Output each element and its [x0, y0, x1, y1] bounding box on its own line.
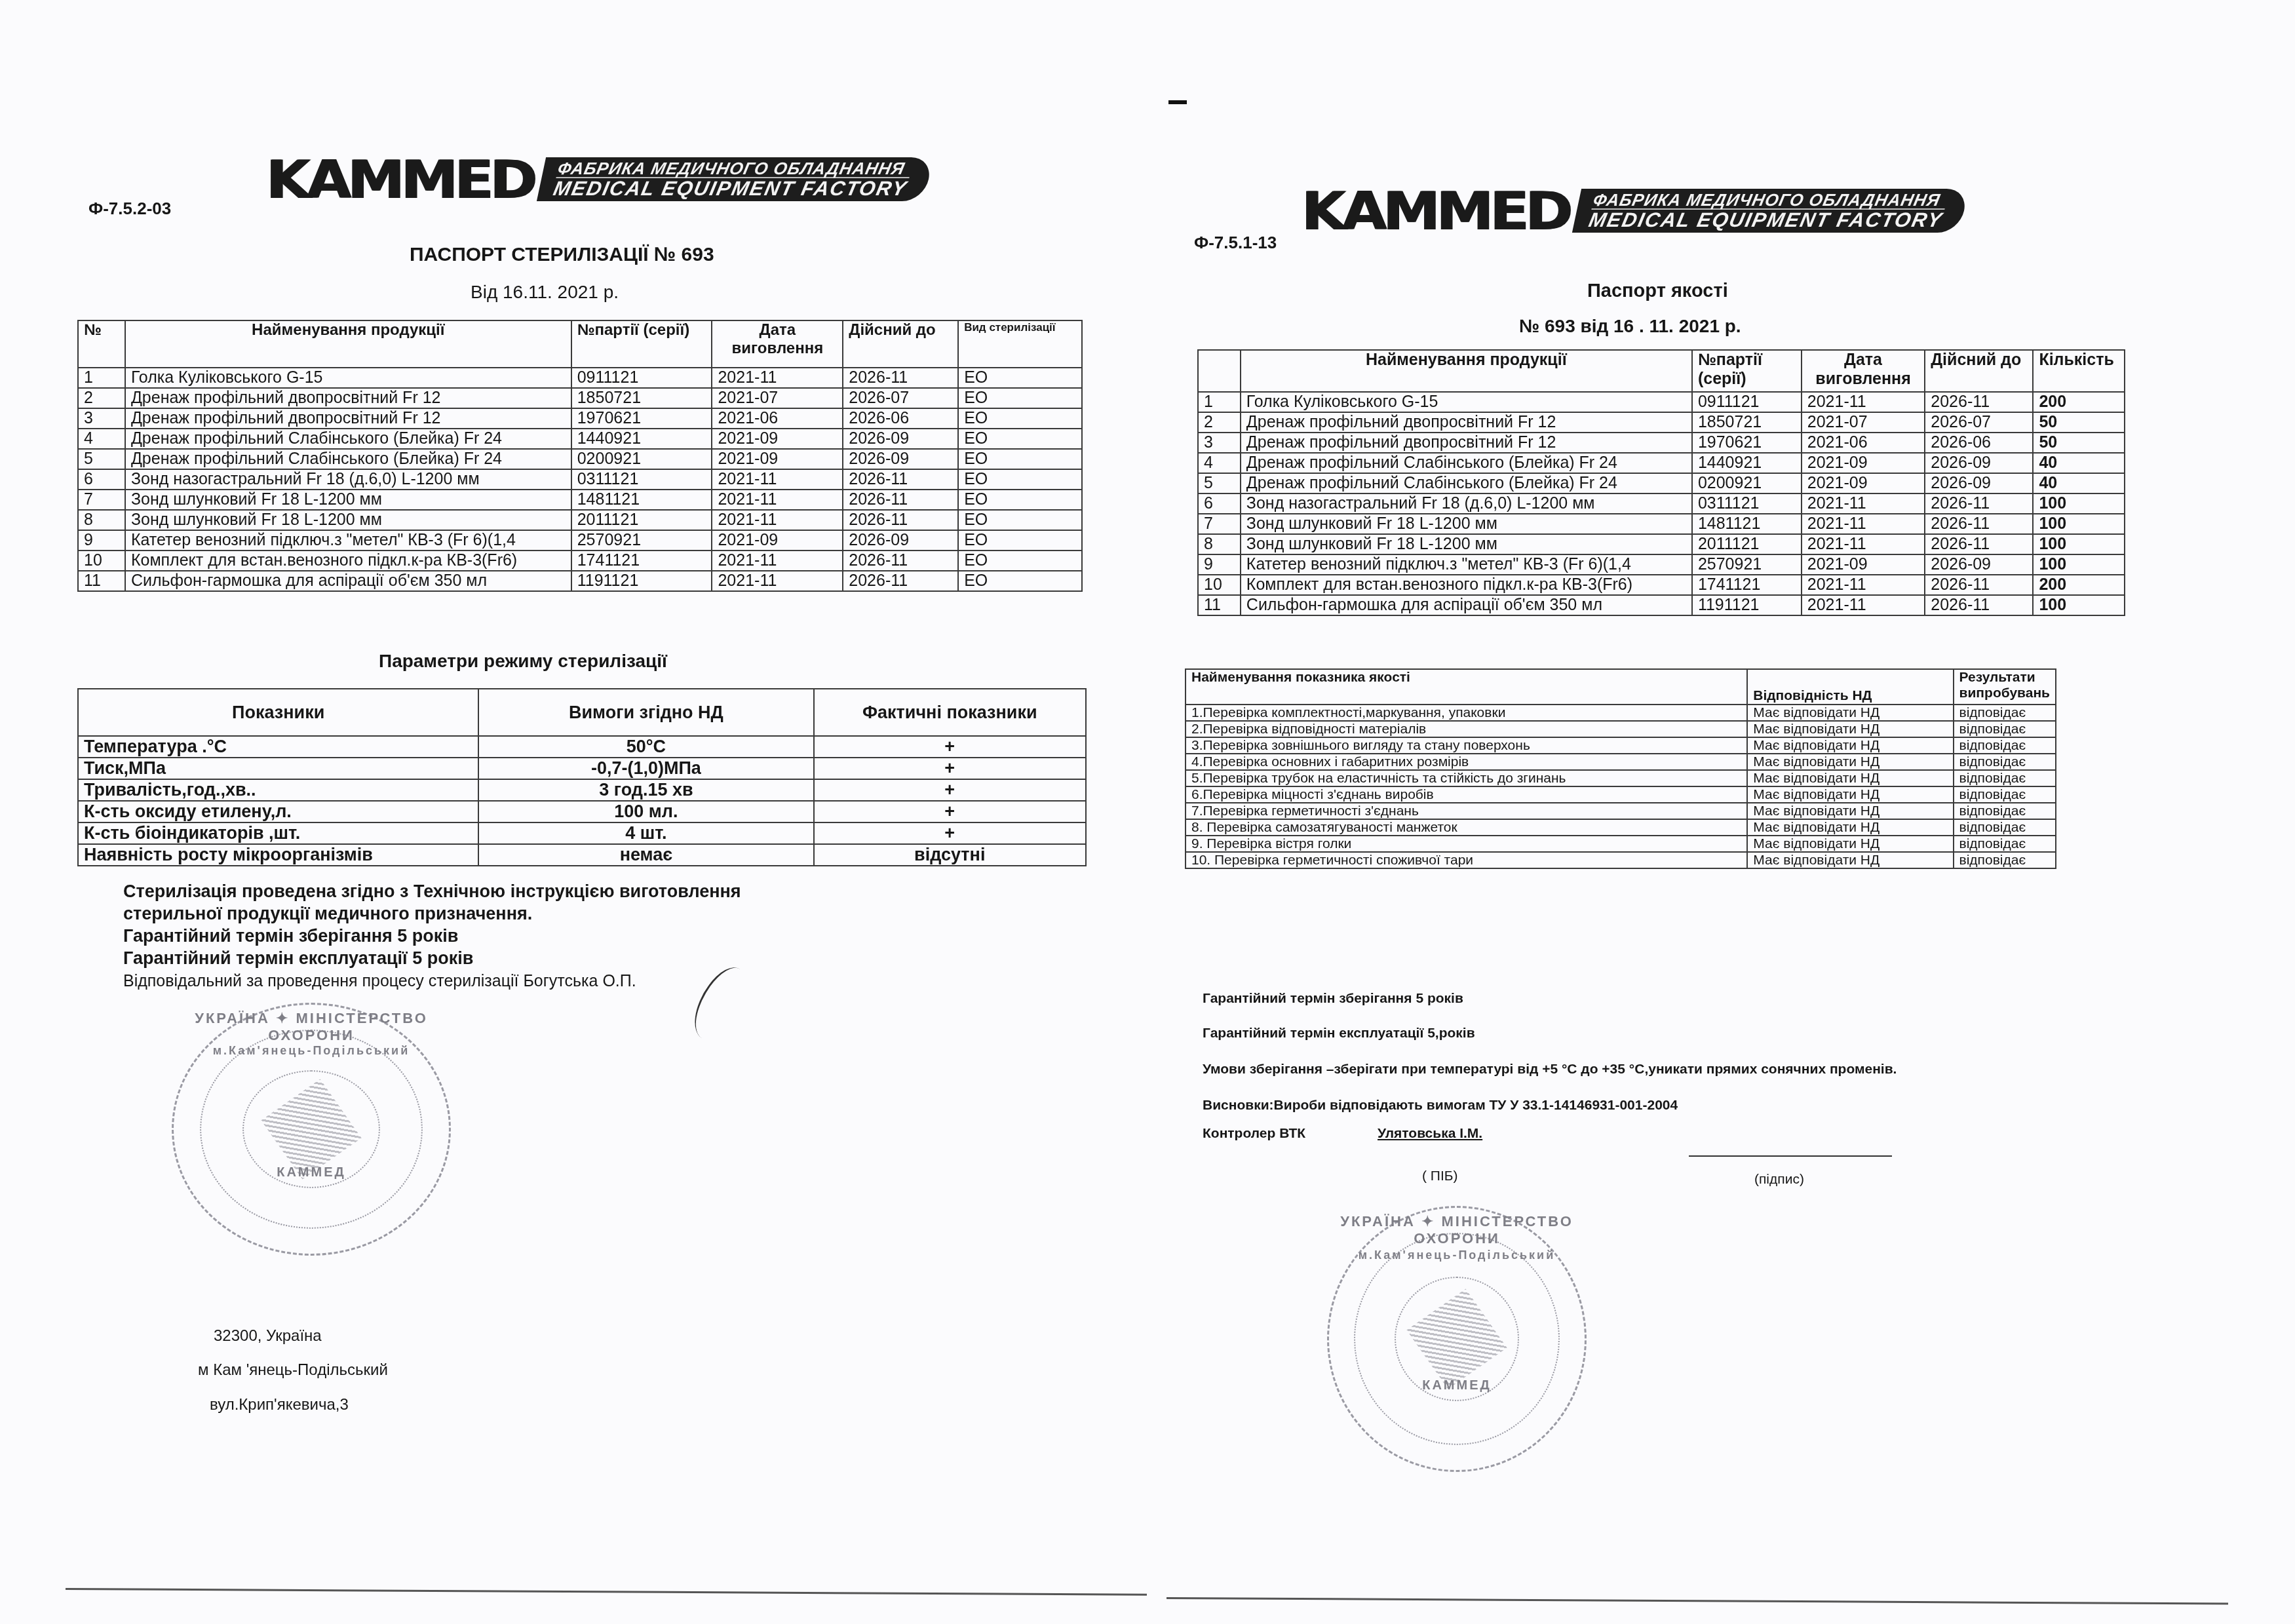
valid-until: 2026-11 [843, 490, 958, 510]
indicator-name: 9. Перевірка вістря голки [1186, 836, 1747, 852]
stamp-code: КАММЕД [174, 1165, 449, 1180]
row-number: 6 [1198, 493, 1241, 514]
stamp-outer-text: УКРАЇНА ✦ МІНІСТЕРСТВО ОХОРОНИ [174, 1010, 449, 1044]
batch-number: 0200921 [571, 449, 712, 469]
product-name: Зонд шлунковий Fr 18 L-1200 мм [125, 510, 571, 530]
sterilization-params-table: Показники Вимоги згідно НД Фактичні пока… [77, 688, 1087, 866]
row-number: 11 [78, 571, 125, 591]
table-header-row: Показники Вимоги згідно НД Фактичні пока… [78, 689, 1086, 736]
table-row: Тиск,МПа-0,7-(1,0)МПа+ [78, 758, 1086, 779]
requirement-value: 4 шт. [478, 822, 813, 844]
table-header-row: № Найменування продукції №партії (серії)… [78, 320, 1082, 368]
batch-number: 0311121 [1692, 493, 1802, 514]
product-name: Зонд назогастральний Fr 18 (д.6,0) L-120… [125, 469, 571, 490]
valid-until: 2026-06 [1925, 433, 2033, 453]
stamp-outer-text: УКРАЇНА ✦ МІНІСТЕРСТВО ОХОРОНИ [1329, 1213, 1585, 1247]
table-row: 5Дренаж профільний Слабінського (Блейка)… [1198, 473, 2125, 493]
table-row: 7Зонд шлунковий Fr 18 L-1200 мм148112120… [1198, 514, 2125, 534]
test-result: відповідає [1954, 754, 2056, 770]
signature-caption: (підпис) [1754, 1172, 1804, 1188]
valid-until: 2026-09 [843, 530, 958, 551]
stamp-code: КАММЕД [1329, 1378, 1585, 1393]
table-row: 3Дренаж профільний двопросвітний Fr 1219… [1198, 433, 2125, 453]
table-row: 10Комплект для встан.венозного підкл.к-р… [78, 551, 1082, 571]
quantity: 100 [2033, 514, 2125, 534]
row-number: 4 [78, 429, 125, 449]
requirement-value: -0,7-(1,0)МПа [478, 758, 813, 779]
controller-name: Улятовська І.М. [1378, 1126, 1482, 1142]
note-storage-warranty: Гарантійний термін зберігання 5 років [1203, 991, 1463, 1007]
sterilization-passport-page: KAMMED ФАБРИКА МЕДИЧНОГО ОБЛАДНАННЯ MEDI… [0, 0, 1147, 1624]
table-row: Наявність росту мікроорганізмівнемаєвідс… [78, 844, 1086, 866]
indicator-name: Наявність росту мікроорганізмів [78, 844, 478, 866]
row-number: 1 [78, 368, 125, 388]
note-conclusion: Висновки:Вироби відповідають вимогам ТУ … [1203, 1098, 1678, 1113]
logo-line-en: MEDICAL EQUIPMENT FACTORY [551, 178, 909, 199]
valid-until: 2026-09 [1925, 554, 2033, 575]
table-row: 10Комплект для встан.венозного підкл.к-р… [1198, 575, 2125, 595]
document-date: Від 16.11. 2021 р. [471, 282, 619, 303]
col-header-valid-until: Дійсний до [843, 320, 958, 368]
quality-indicators-table: Найменування показника якості Відповідні… [1185, 668, 2056, 869]
row-number: 3 [78, 408, 125, 429]
official-stamp: УКРАЇНА ✦ МІНІСТЕРСТВО ОХОРОНИ м.Кам'яне… [172, 1003, 451, 1256]
params-title: Параметри режиму стерилізації [379, 651, 667, 672]
col-header-manufactured: Дата виговлення [1802, 350, 1925, 392]
row-number: 2 [78, 388, 125, 408]
manufacture-date: 2021-09 [712, 530, 843, 551]
compliance-requirement: Має відповідати НД [1747, 737, 1953, 754]
valid-until: 2026-09 [843, 449, 958, 469]
sterilization-type: EO [958, 449, 1082, 469]
compliance-requirement: Має відповідати НД [1747, 852, 1953, 868]
indicator-name: 7.Перевірка герметичності з'єднань [1186, 803, 1747, 819]
col-header-manufactured: Дата виговлення [712, 320, 843, 368]
valid-until: 2026-11 [1925, 514, 2033, 534]
table-row: 3.Перевірка зовнішнього вигляду та стану… [1186, 737, 2056, 754]
product-name: Комплект для встан.венозного підкл.к-ра … [1241, 575, 1692, 595]
table-row: 1.Перевірка комплектності,маркування, уп… [1186, 705, 2056, 721]
sterilization-product-table: № Найменування продукції №партії (серії)… [77, 320, 1083, 592]
table-row: 2Дренаж профільний двопросвітний Fr 1218… [78, 388, 1082, 408]
actual-value: + [814, 736, 1086, 758]
row-number: 4 [1198, 453, 1241, 473]
table-row: К-сть біоіндикаторів ,шт.4 шт.+ [78, 822, 1086, 844]
note-sterilization-basis: Стерилізація проведена згідно з Технічно… [123, 880, 741, 969]
manufacture-date: 2021-11 [1802, 493, 1925, 514]
actual-value: + [814, 779, 1086, 801]
controller-label: Контролер ВТК [1203, 1126, 1305, 1142]
col-header-batch: №партії (серії) [571, 320, 712, 368]
row-number: 10 [1198, 575, 1241, 595]
product-name: Сильфон-гармошка для аспірації об'єм 350… [1241, 595, 1692, 615]
sterilization-type: EO [958, 530, 1082, 551]
quantity: 50 [2033, 433, 2125, 453]
official-stamp: УКРАЇНА ✦ МІНІСТЕРСТВО ОХОРОНИ м.Кам'яне… [1327, 1206, 1587, 1472]
quantity: 100 [2033, 595, 2125, 615]
product-name: Комплект для встан.венозного підкл.к-ра … [125, 551, 571, 571]
col-header-compliance: Відповідність НД [1747, 669, 1953, 705]
valid-until: 2026-09 [843, 429, 958, 449]
stamp-inner-text: м.Кам'янець-Подільський [1329, 1248, 1585, 1262]
product-name: Катетер венозний підключ.з "метел" КВ-3 … [1241, 554, 1692, 575]
table-row: 5Дренаж профільний Слабінського (Блейка)… [78, 449, 1082, 469]
form-code: Ф-7.5.2-03 [88, 199, 171, 219]
col-header-number [1198, 350, 1241, 392]
logo-banner: ФАБРИКА МЕДИЧНОГО ОБЛАДНАННЯ MEDICAL EQU… [1572, 189, 1968, 233]
requirement-value: 50°С [478, 736, 813, 758]
batch-number: 1850721 [1692, 412, 1802, 433]
table-row: 8Зонд шлунковий Fr 18 L-1200 мм201112120… [1198, 534, 2125, 554]
manufacture-date: 2021-09 [712, 429, 843, 449]
row-number: 11 [1198, 595, 1241, 615]
product-name: Дренаж профільний Слабінського (Блейка) … [125, 449, 571, 469]
batch-number: 1850721 [571, 388, 712, 408]
batch-number: 2011121 [1692, 534, 1802, 554]
row-number: 9 [78, 530, 125, 551]
quantity: 40 [2033, 473, 2125, 493]
document-number-date: № 693 від 16 . 11. 2021 р. [1519, 316, 1741, 337]
table-row: 8. Перевірка самозатягуваності манжетокМ… [1186, 819, 2056, 836]
indicator-name: 4.Перевірка основних і габаритних розмір… [1186, 754, 1747, 770]
manufacture-date: 2021-09 [1802, 554, 1925, 575]
batch-number: 0911121 [1692, 392, 1802, 412]
actual-value: + [814, 758, 1086, 779]
product-name: Сильфон-гармошка для аспірації об'єм 350… [125, 571, 571, 591]
product-name: Дренаж профільний двопросвітний Fr 12 [125, 408, 571, 429]
quantity: 200 [2033, 575, 2125, 595]
batch-number: 0911121 [571, 368, 712, 388]
manufacture-date: 2021-09 [1802, 453, 1925, 473]
compliance-requirement: Має відповідати НД [1747, 705, 1953, 721]
table-row: 6Зонд назогастральний Fr 18 (д.6,0) L-12… [78, 469, 1082, 490]
product-name: Зонд шлунковий Fr 18 L-1200 мм [1241, 534, 1692, 554]
sterilization-type: EO [958, 510, 1082, 530]
test-result: відповідає [1954, 786, 2056, 803]
quantity: 40 [2033, 453, 2125, 473]
actual-value: + [814, 801, 1086, 822]
address-city: м Кам 'янець-Подільський [198, 1361, 388, 1380]
product-name: Зонд шлунковий Fr 18 L-1200 мм [125, 490, 571, 510]
product-name: Зонд шлунковий Fr 18 L-1200 мм [1241, 514, 1692, 534]
signature-line [1689, 1155, 1892, 1157]
indicator-name: К-сть оксиду етилену,л. [78, 801, 478, 822]
table-row: 2Дренаж профільний двопросвітний Fr 1218… [1198, 412, 2125, 433]
product-name: Катетер венозний підключ.з "метел" КВ-3 … [125, 530, 571, 551]
test-result: відповідає [1954, 803, 2056, 819]
indicator-name: 6.Перевірка міцності з'єднань виробів [1186, 786, 1747, 803]
logo-banner: ФАБРИКА МЕДИЧНОГО ОБЛАДНАННЯ MEDICAL EQU… [536, 157, 933, 201]
valid-until: 2026-11 [843, 368, 958, 388]
indicator-name: Тривалість,год.,хв.. [78, 779, 478, 801]
valid-until: 2026-11 [1925, 392, 2033, 412]
indicator-name: 8. Перевірка самозатягуваності манжеток [1186, 819, 1747, 836]
table-row: 9Катетер венозний підключ.з "метел" КВ-3… [78, 530, 1082, 551]
table-row: 8Зонд шлунковий Fr 18 L-1200 мм201112120… [78, 510, 1082, 530]
sterilization-type: EO [958, 388, 1082, 408]
quality-passport-page: KAMMED ФАБРИКА МЕДИЧНОГО ОБЛАДНАННЯ MEDI… [1147, 0, 2295, 1624]
table-row: 9Катетер венозний підключ.з "метел" КВ-3… [1198, 554, 2125, 575]
batch-number: 1970621 [571, 408, 712, 429]
quantity: 100 [2033, 554, 2125, 575]
table-row: 7.Перевірка герметичності з'єднаньМає ві… [1186, 803, 2056, 819]
manufacture-date: 2021-11 [712, 551, 843, 571]
test-result: відповідає [1954, 836, 2056, 852]
stamp-inner-text: м.Кам'янець-Подільський [174, 1044, 449, 1058]
col-header-product: Найменування продукції [1241, 350, 1692, 392]
valid-until: 2026-11 [843, 510, 958, 530]
manufacture-date: 2021-11 [712, 368, 843, 388]
product-name: Голка Куліковського G-15 [1241, 392, 1692, 412]
compliance-requirement: Має відповідати НД [1747, 721, 1953, 737]
note-storage-conditions: Умови зберігання –зберігати при температ… [1203, 1062, 1897, 1077]
compliance-requirement: Має відповідати НД [1747, 770, 1953, 786]
product-name: Дренаж профільний двопросвітний Fr 12 [1241, 433, 1692, 453]
col-header-number: № [78, 320, 125, 368]
indicator-name: 1.Перевірка комплектності,маркування, уп… [1186, 705, 1747, 721]
row-number: 7 [1198, 514, 1241, 534]
col-header-indicators: Показники [78, 689, 478, 736]
manufacture-date: 2021-11 [1802, 392, 1925, 412]
test-result: відповідає [1954, 721, 2056, 737]
product-name: Дренаж профільний двопросвітний Fr 12 [1241, 412, 1692, 433]
batch-number: 1481121 [1692, 514, 1802, 534]
valid-until: 2026-07 [1925, 412, 2033, 433]
indicator-name: 5.Перевірка трубок на еластичність та ст… [1186, 770, 1747, 786]
sterilization-type: EO [958, 429, 1082, 449]
batch-number: 0311121 [571, 469, 712, 490]
product-name: Голка Куліковського G-15 [125, 368, 571, 388]
col-header-indicator: Найменування показника якості [1186, 669, 1747, 705]
batch-number: 1741121 [571, 551, 712, 571]
row-number: 2 [1198, 412, 1241, 433]
batch-number: 0200921 [1692, 473, 1802, 493]
indicator-name: 3.Перевірка зовнішнього вигляду та стану… [1186, 737, 1747, 754]
batch-number: 1191121 [571, 571, 712, 591]
logo-mark: KAMMED [265, 148, 533, 210]
indicator-name: Температура .°С [78, 736, 478, 758]
table-row: 6Зонд назогастральний Fr 18 (д.6,0) L-12… [1198, 493, 2125, 514]
table-row: К-сть оксиду етилену,л.100 мл.+ [78, 801, 1086, 822]
row-number: 6 [78, 469, 125, 490]
quantity: 50 [2033, 412, 2125, 433]
quantity: 100 [2033, 493, 2125, 514]
row-number: 5 [1198, 473, 1241, 493]
responsible-person: Відповідальний за проведення процесу сте… [123, 970, 636, 992]
logo-line-ua: ФАБРИКА МЕДИЧНОГО ОБЛАДНАННЯ [556, 160, 913, 178]
product-name: Дренаж профільний Слабінського (Блейка) … [1241, 473, 1692, 493]
table-row: 7Зонд шлунковий Fr 18 L-1200 мм148112120… [78, 490, 1082, 510]
batch-number: 1191121 [1692, 595, 1802, 615]
col-header-sterilization-type: Вид стерилізації [958, 320, 1082, 368]
batch-number: 1440921 [1692, 453, 1802, 473]
row-number: 7 [78, 490, 125, 510]
valid-until: 2026-11 [1925, 493, 2033, 514]
address-street: вул.Крип'якевича,3 [210, 1396, 349, 1414]
table-row: 11Сильфон-гармошка для аспірації об'єм 3… [78, 571, 1082, 591]
sterilization-type: EO [958, 571, 1082, 591]
quantity: 200 [2033, 392, 2125, 412]
compliance-requirement: Має відповідати НД [1747, 803, 1953, 819]
manufacture-date: 2021-07 [1802, 412, 1925, 433]
batch-number: 2570921 [1692, 554, 1802, 575]
compliance-requirement: Має відповідати НД [1747, 819, 1953, 836]
kammed-logo: KAMMED ФАБРИКА МЕДИЧНОГО ОБЛАДНАННЯ MEDI… [265, 145, 929, 213]
manufacture-date: 2021-07 [712, 388, 843, 408]
table-row: 9. Перевірка вістря голкиМає відповідати… [1186, 836, 2056, 852]
batch-number: 1440921 [571, 429, 712, 449]
logo-line-ua: ФАБРИКА МЕДИЧНОГО ОБЛАДНАННЯ [1591, 191, 1948, 210]
quality-product-table: Найменування продукції №партії (серії) Д… [1197, 349, 2125, 616]
table-row: 4Дренаж профільний Слабінського (Блейка)… [1198, 453, 2125, 473]
manufacture-date: 2021-09 [712, 449, 843, 469]
table-row: Тривалість,год.,хв..3 год.15 хв+ [78, 779, 1086, 801]
row-number: 5 [78, 449, 125, 469]
manufacture-date: 2021-11 [712, 469, 843, 490]
manufacture-date: 2021-11 [1802, 575, 1925, 595]
valid-until: 2026-11 [1925, 534, 2033, 554]
form-code: Ф-7.5.1-13 [1194, 233, 1277, 253]
indicator-name: Тиск,МПа [78, 758, 478, 779]
manufacture-date: 2021-11 [712, 571, 843, 591]
batch-number: 1481121 [571, 490, 712, 510]
sterilization-type: EO [958, 368, 1082, 388]
sterilization-type: EO [958, 469, 1082, 490]
valid-until: 2026-11 [1925, 575, 2033, 595]
col-header-product: Найменування продукції [125, 320, 571, 368]
manufacture-date: 2021-11 [1802, 514, 1925, 534]
row-number: 3 [1198, 433, 1241, 453]
manufacture-date: 2021-11 [1802, 595, 1925, 615]
valid-until: 2026-11 [843, 571, 958, 591]
product-name: Зонд назогастральний Fr 18 (д.6,0) L-120… [1241, 493, 1692, 514]
table-row: 3Дренаж профільний двопросвітний Fr 1219… [78, 408, 1082, 429]
col-header-quantity: Кількість [2033, 350, 2125, 392]
batch-number: 1970621 [1692, 433, 1802, 453]
row-number: 10 [78, 551, 125, 571]
product-name: Дренаж профільний Слабінського (Блейка) … [1241, 453, 1692, 473]
table-row: 2.Перевірка відповідності матеріалівМає … [1186, 721, 2056, 737]
indicator-name: 2.Перевірка відповідності матеріалів [1186, 721, 1747, 737]
signature-mark [682, 959, 760, 1047]
batch-number: 1741121 [1692, 575, 1802, 595]
name-caption: ( ПІБ) [1422, 1169, 1458, 1184]
row-number: 8 [1198, 534, 1241, 554]
table-row: Температура .°С50°С+ [78, 736, 1086, 758]
valid-until: 2026-11 [843, 469, 958, 490]
logo-line-en: MEDICAL EQUIPMENT FACTORY [1587, 210, 1944, 230]
valid-until: 2026-09 [1925, 473, 2033, 493]
table-row: 6.Перевірка міцності з'єднань виробівМає… [1186, 786, 2056, 803]
address-postal: 32300, Україна [214, 1327, 322, 1345]
document-title: ПАСПОРТ СТЕРИЛІЗАЦІЇ № 693 [410, 244, 714, 266]
table-row: 11Сильфон-гармошка для аспірації об'єм 3… [1198, 595, 2125, 615]
actual-value: + [814, 822, 1086, 844]
manufacture-date: 2021-09 [1802, 473, 1925, 493]
row-number: 1 [1198, 392, 1241, 412]
requirement-value: немає [478, 844, 813, 866]
table-row: 4.Перевірка основних і габаритних розмір… [1186, 754, 2056, 770]
test-result: відповідає [1954, 737, 2056, 754]
valid-until: 2026-06 [843, 408, 958, 429]
requirement-value: 3 год.15 хв [478, 779, 813, 801]
table-row: 1Голка Куліковського G-1509111212021-112… [1198, 392, 2125, 412]
table-row: 1Голка Куліковського G-1509111212021-112… [78, 368, 1082, 388]
compliance-requirement: Має відповідати НД [1747, 754, 1953, 770]
quantity: 100 [2033, 534, 2125, 554]
logo-mark: KAMMED [1301, 180, 1569, 242]
document-title: Паспорт якості [1587, 280, 1728, 302]
test-result: відповідає [1954, 852, 2056, 868]
compliance-requirement: Має відповідати НД [1747, 786, 1953, 803]
kammed-logo: KAMMED ФАБРИКА МЕДИЧНОГО ОБЛАДНАННЯ MEDI… [1301, 177, 1964, 244]
manufacture-date: 2021-11 [712, 510, 843, 530]
batch-number: 2570921 [571, 530, 712, 551]
test-result: відповідає [1954, 819, 2056, 836]
col-header-requirements: Вимоги згідно НД [478, 689, 813, 736]
row-number: 8 [78, 510, 125, 530]
test-result: відповідає [1954, 705, 2056, 721]
test-result: відповідає [1954, 770, 2056, 786]
manufacture-date: 2021-11 [1802, 534, 1925, 554]
manufacture-date: 2021-06 [1802, 433, 1925, 453]
indicator-name: 10. Перевірка герметичності споживчої та… [1186, 852, 1747, 868]
requirement-value: 100 мл. [478, 801, 813, 822]
table-row: 10. Перевірка герметичності споживчої та… [1186, 852, 2056, 868]
table-header-row: Найменування продукції №партії (серії) Д… [1198, 350, 2125, 392]
table-row: 5.Перевірка трубок на еластичність та ст… [1186, 770, 2056, 786]
sterilization-type: EO [958, 408, 1082, 429]
manufacture-date: 2021-06 [712, 408, 843, 429]
valid-until: 2026-09 [1925, 453, 2033, 473]
row-number: 9 [1198, 554, 1241, 575]
sterilization-type: EO [958, 490, 1082, 510]
col-header-valid-until: Дійсний до [1925, 350, 2033, 392]
col-header-batch: №партії (серії) [1692, 350, 1802, 392]
sterilization-type: EO [958, 551, 1082, 571]
col-header-results: Результати випробувань [1954, 669, 2056, 705]
table-row: 4Дренаж профільний Слабінського (Блейка)… [78, 429, 1082, 449]
col-header-actual: Фактичні показники [814, 689, 1086, 736]
valid-until: 2026-11 [1925, 595, 2033, 615]
manufacture-date: 2021-11 [712, 490, 843, 510]
product-name: Дренаж профільний двопросвітний Fr 12 [125, 388, 571, 408]
valid-until: 2026-07 [843, 388, 958, 408]
actual-value: відсутні [814, 844, 1086, 866]
indicator-name: К-сть біоіндикаторів ,шт. [78, 822, 478, 844]
batch-number: 2011121 [571, 510, 712, 530]
valid-until: 2026-11 [843, 551, 958, 571]
table-header-row: Найменування показника якості Відповідні… [1186, 669, 2056, 705]
compliance-requirement: Має відповідати НД [1747, 836, 1953, 852]
product-name: Дренаж профільний Слабінського (Блейка) … [125, 429, 571, 449]
note-operation-warranty: Гарантійний термін експлуатації 5,років [1203, 1026, 1475, 1041]
